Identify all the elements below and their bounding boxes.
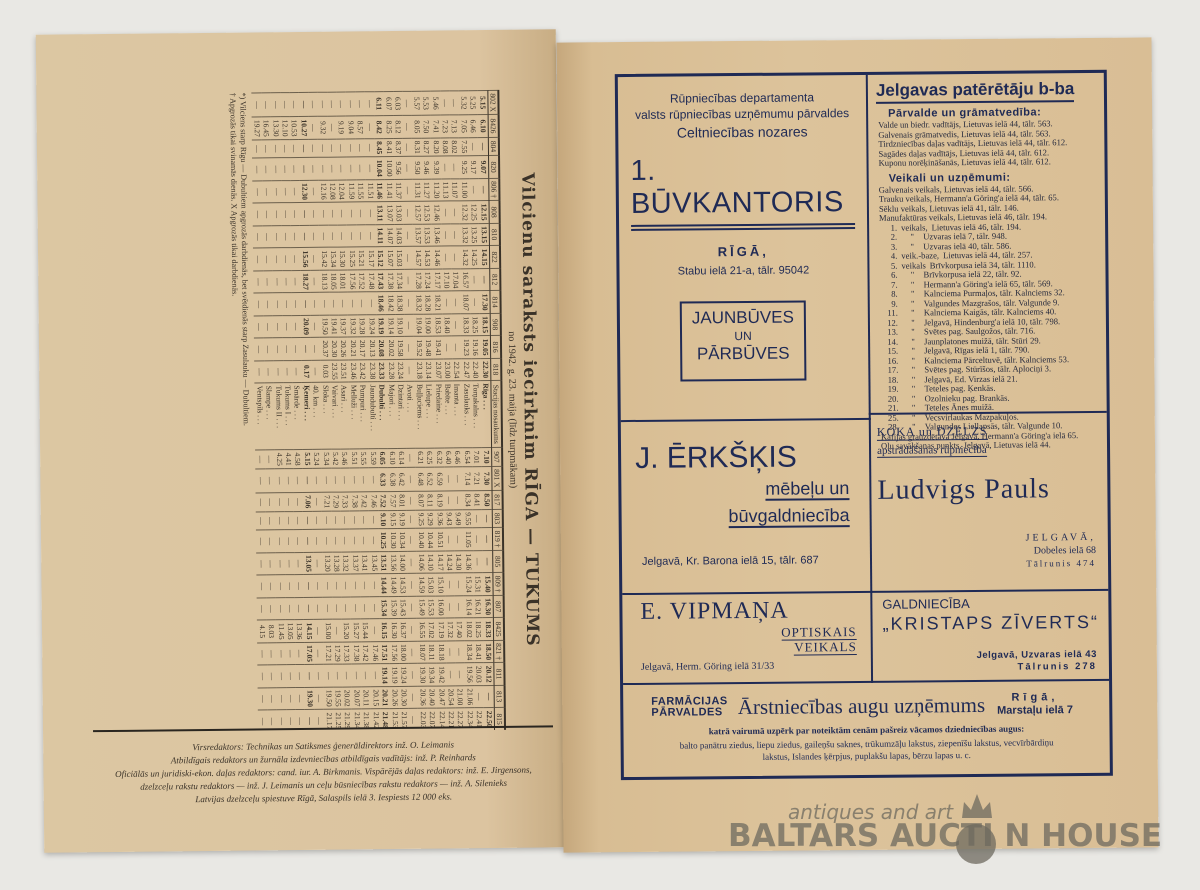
time-cell: — (482, 528, 492, 551)
train-number-header: 821 † (493, 640, 504, 663)
time-cell: 14.03 (394, 224, 404, 247)
train-number-header: 809 † (492, 573, 503, 596)
time-cell: — (292, 293, 302, 316)
time-cell: 9.10 (378, 510, 388, 529)
ad-jelgavas-pateretaju: Jelgavas patērētāju b-ba Pārvalde un grā… (866, 73, 1107, 415)
station-name: Dzintari . . . (396, 382, 406, 449)
time-cell: 18.33 (483, 618, 493, 641)
time-cell: — (328, 157, 338, 180)
time-cell: 7.38 (350, 492, 360, 511)
time-cell: — (295, 665, 305, 688)
time-cell: 10.00 (384, 157, 394, 180)
time-cell: 6.52 (425, 467, 435, 491)
time-cell: — (347, 202, 357, 225)
time-cell: — (403, 116, 413, 139)
time-cell: — (265, 493, 275, 512)
train-number-header: 805 (492, 550, 503, 573)
time-cell: — (452, 314, 462, 337)
right-page: Rūpniecības departamenta valsts rūpniecī… (556, 37, 1158, 852)
time-cell: 15.03 (426, 573, 436, 596)
time-cell: — (263, 293, 273, 316)
time-cell: 10.44 (426, 528, 436, 551)
time-cell: 9.25 (416, 510, 426, 529)
time-cell: 17.24 (423, 269, 433, 292)
time-cell: — (333, 619, 343, 642)
time-cell: 23.14 (424, 359, 434, 382)
time-cell: 13.28 (332, 552, 342, 575)
train-number-header: 802 X (487, 90, 498, 114)
time-cell: 9.56 (394, 157, 404, 180)
time-cell: — (258, 665, 268, 688)
time-cell: 20.30 (399, 686, 409, 709)
time-cell: — (469, 137, 479, 156)
time-cell: 18.21 (433, 291, 443, 314)
time-cell: — (332, 574, 342, 597)
time-cell: — (252, 93, 262, 117)
train-number-header: 819 † (492, 528, 503, 551)
time-cell: — (403, 157, 413, 180)
station-name: Ventspils . . . (255, 383, 265, 450)
box-line3: PĀRBŪVES (682, 342, 804, 365)
time-cell: 19.14 (380, 664, 390, 687)
time-cell: — (365, 157, 375, 180)
time-cell: — (441, 201, 451, 224)
time-cell: — (263, 271, 273, 294)
time-cell: — (275, 511, 285, 530)
time-cell: 10.51 (435, 528, 445, 551)
time-cell: 16.37 (398, 619, 408, 642)
time-cell: — (282, 293, 292, 316)
time-cell: 18.02 (464, 618, 474, 641)
time-cell: 17.19 (436, 618, 446, 641)
time-cell: 4.15 (257, 620, 267, 643)
time-cell: 17.34 (395, 269, 405, 292)
time-cell: — (478, 178, 488, 201)
jelgava-title: Jelgavas patērētāju b-ba (876, 79, 1075, 104)
time-cell: — (478, 137, 488, 156)
train-number-header: 811 (493, 663, 504, 686)
time-cell: — (350, 529, 360, 552)
time-cell: — (322, 468, 332, 492)
time-cell: — (292, 338, 302, 361)
time-cell: 7.14 (463, 467, 473, 491)
time-cell: — (406, 449, 416, 468)
time-cell: 11.46 (375, 179, 385, 202)
time-cell: 8.02 (450, 138, 460, 157)
time-cell: 17.33 (342, 642, 352, 665)
time-cell: — (286, 665, 296, 688)
train-number-header: 8426 (488, 115, 499, 138)
time-cell: 15.34 (379, 596, 389, 619)
time-cell: — (442, 246, 452, 269)
time-cell: 15.30 (338, 247, 348, 270)
buv-name: 1. BŪVKANTORIS (630, 153, 867, 221)
time-cell: 20.36 (418, 686, 428, 709)
time-cell: — (291, 225, 301, 248)
time-cell: 15.17 (366, 247, 376, 270)
time-cell: — (328, 225, 338, 248)
time-cell: 15.34 (329, 247, 339, 270)
time-cell: — (281, 158, 291, 181)
double-rule (631, 223, 855, 231)
time-cell: — (313, 575, 323, 598)
time-cell: — (408, 641, 418, 664)
train-number-header: 820 (488, 156, 499, 179)
time-cell: — (479, 268, 489, 291)
time-cell: — (484, 685, 494, 708)
time-cell: 18.27 (301, 270, 311, 293)
time-cell: — (342, 664, 352, 687)
ad-buvkantoris: Rūpniecības departamenta valsts rūpniecī… (618, 75, 871, 422)
time-cell: — (311, 338, 321, 361)
time-cell: — (360, 529, 370, 552)
time-cell: — (291, 203, 301, 226)
time-cell: 19.30 (418, 664, 428, 687)
time-cell: — (256, 493, 266, 512)
station-name: Tukums I . . . (283, 383, 293, 450)
time-cell: — (446, 641, 456, 664)
time-cell: 5.46 (340, 449, 350, 468)
time-cell: — (258, 643, 268, 666)
time-cell: 14.59 (417, 574, 427, 597)
time-cell: 5.57 (412, 91, 422, 115)
time-cell: 11.31 (413, 179, 423, 202)
station-name: Sloka . . . (321, 383, 331, 450)
time-cell: 6.54 (462, 448, 472, 467)
time-cell: 6.11 (374, 92, 384, 116)
time-cell: 19.41 (329, 315, 339, 338)
time-cell: — (341, 529, 351, 552)
time-cell: 5.59 (368, 449, 378, 468)
time-cell: — (280, 93, 290, 117)
time-cell: 7.01 (472, 448, 482, 467)
time-cell: 15.12 (376, 247, 386, 270)
time-cell: — (451, 291, 461, 314)
time-cell: 22.40 (471, 358, 481, 381)
time-cell: — (318, 139, 328, 158)
train-number-header: 806 † (488, 178, 499, 201)
time-cell: — (311, 360, 321, 383)
time-cell: 17.10 (442, 269, 452, 292)
time-cell: — (284, 468, 294, 492)
time-cell: 11.59 (347, 180, 357, 203)
time-cell: 11.00 (460, 179, 470, 202)
time-cell: — (404, 292, 414, 315)
time-cell: — (292, 315, 302, 338)
erkskis-line2-text: būvgaldniecība (728, 505, 849, 528)
time-cell: — (313, 552, 323, 575)
time-cell: 23.18 (414, 359, 424, 382)
time-cell: — (360, 510, 370, 529)
time-cell: 13.41 (360, 552, 370, 575)
time-cell: 6.14 (397, 449, 407, 468)
time-cell: 7.42 (359, 492, 369, 511)
time-cell: 14.57 (413, 247, 423, 270)
time-cell: 7.57 (388, 492, 398, 511)
time-cell: — (310, 225, 320, 248)
train-number-header: 812 (489, 268, 500, 291)
time-cell: 23.38 (367, 360, 377, 383)
time-cell: 20.02 (343, 687, 353, 710)
time-cell: 15.44 (361, 619, 371, 642)
time-cell: — (404, 224, 414, 247)
time-cell: 6.03 (393, 91, 403, 115)
station-name: Vaivari . . . (330, 382, 340, 449)
time-cell: — (405, 337, 415, 360)
time-cell: — (271, 93, 281, 117)
time-cell: 0.17 (302, 360, 312, 383)
time-cell: — (272, 181, 282, 204)
time-cell: — (452, 336, 462, 359)
time-cell: 12.25 (469, 201, 479, 224)
train-number-header: 810 (489, 223, 500, 246)
time-cell: 12.04 (337, 180, 347, 203)
time-cell: — (403, 179, 413, 202)
time-cell: — (252, 140, 262, 159)
time-cell: — (352, 664, 362, 687)
time-cell: 23.00 (443, 359, 453, 382)
time-cell: — (271, 139, 281, 158)
time-cell: 16.57 (461, 269, 471, 292)
time-cell: 13.51 (379, 551, 389, 574)
time-cell: — (264, 316, 274, 339)
timetable-title: Vilcienu saraksts iecirknim RĪGA — TUKUM… (516, 90, 543, 730)
time-cell: 12.32 (460, 201, 470, 224)
train-number-header: 822 (489, 246, 500, 269)
time-cell: — (355, 92, 365, 116)
time-cell: — (473, 509, 483, 528)
time-cell: — (318, 92, 328, 116)
time-cell: 19.28 (358, 315, 368, 338)
time-cell: — (262, 203, 272, 226)
station-name: Rīga . . . (481, 381, 492, 448)
station-name: Babīte . . . (443, 381, 453, 448)
ad-kristaps-ziverts: GALDNIECĪBA „KRISTAPS ZĪVERTS“ Jelgavā, … (870, 589, 1109, 683)
time-cell: — (328, 202, 338, 225)
time-cell: 0.03 (320, 360, 330, 383)
time-cell: 22.47 (462, 359, 472, 382)
time-cell: 20.54 (446, 686, 456, 709)
time-cell: 5.25 (468, 91, 478, 115)
time-cell: — (303, 530, 313, 553)
time-cell: 15.00 (323, 620, 333, 643)
time-cell: — (275, 469, 285, 493)
time-cell: — (408, 619, 418, 642)
time-cell: 20.17 (358, 337, 368, 360)
time-cell: — (405, 314, 415, 337)
time-cell: 14.46 (432, 246, 442, 269)
station-name: Melluži . . . (349, 382, 359, 449)
time-cell: — (266, 553, 276, 576)
time-cell: 17.38 (352, 642, 362, 665)
time-cell: 15.43 (398, 596, 408, 619)
train-number-header: 801 X (491, 466, 502, 490)
time-cell: — (336, 92, 346, 116)
time-cell: 22.30 (480, 358, 490, 381)
time-cell: — (356, 202, 366, 225)
time-cell: 12.16 (319, 180, 329, 203)
time-cell: 16.55 (417, 619, 427, 642)
time-cell: 23.28 (386, 359, 396, 382)
time-cell: 20.37 (320, 338, 330, 361)
erkskis-line1: mēbeļu un (621, 478, 849, 501)
time-cell: — (282, 248, 292, 271)
time-cell: 17.38 (385, 269, 395, 292)
time-cell: — (331, 468, 341, 492)
time-cell: — (294, 530, 304, 553)
time-cell: 5.51 (350, 449, 360, 468)
time-cell: — (272, 271, 282, 294)
time-cell: — (474, 685, 484, 708)
time-cell: — (482, 509, 492, 528)
time-cell: 13.07 (385, 202, 395, 225)
pauls-line2: apstrādāšanas rūpniecība (877, 444, 987, 458)
time-cell: 17.56 (389, 641, 399, 664)
time-cell: 9.32 (318, 116, 328, 139)
time-cell: — (337, 139, 347, 158)
time-cell: 21.00 (456, 686, 466, 709)
time-cell: — (284, 511, 294, 530)
time-cell: — (255, 361, 265, 384)
time-cell: 14.25 (470, 246, 480, 269)
time-cell: 11.37 (394, 179, 404, 202)
time-cell: — (446, 663, 456, 686)
time-cell: 15.24 (464, 573, 474, 596)
time-cell: — (303, 511, 313, 530)
station-name: Zasulauks . . . (462, 381, 472, 448)
time-cell: 10.04 (375, 157, 385, 180)
time-cell: 15.27 (351, 619, 361, 642)
admin-heading: Pārvalde un grāmatvedība: (888, 106, 1104, 120)
time-cell: — (284, 493, 294, 512)
time-cell: — (309, 203, 319, 226)
time-cell: — (405, 359, 415, 382)
time-cell: — (407, 551, 417, 574)
time-cell: 6.10 (387, 449, 397, 468)
time-cell: — (262, 140, 272, 159)
vipmana-line2: VEIKALS (794, 639, 857, 656)
time-cell: 14.49 (389, 574, 399, 597)
time-cell: — (328, 139, 338, 158)
time-cell: 8.12 (393, 116, 403, 139)
time-cell: 14.32 (460, 246, 470, 269)
time-cell: 8.31 (412, 138, 422, 157)
time-cell: — (310, 248, 320, 271)
time-cell: — (339, 292, 349, 315)
time-cell: 23.51 (339, 360, 349, 383)
time-cell: — (451, 224, 461, 247)
time-cell: — (257, 575, 267, 598)
time-cell: 8.42 (374, 116, 384, 139)
time-cell: 13.46 (432, 224, 442, 247)
time-cell: 13.56 (388, 551, 398, 574)
time-cell: 9.50 (412, 157, 422, 180)
time-cell: 8.05 (412, 115, 422, 138)
time-cell: — (308, 117, 318, 140)
time-cell: — (286, 642, 296, 665)
time-cell: 14.07 (385, 224, 395, 247)
time-cell: — (356, 139, 366, 158)
time-cell: — (340, 468, 350, 492)
time-cell: 17.28 (414, 269, 424, 292)
time-cell: — (332, 529, 342, 552)
farmacija-header: FARMĀCIJAS PĀRVALDES Ārstniecības augu u… (651, 691, 1109, 721)
time-cell: — (454, 528, 464, 551)
time-cell: 19.42 (436, 663, 446, 686)
time-cell: 8.19 (435, 491, 445, 510)
box-line1: JAUNBŪVES (682, 306, 804, 329)
time-cell: 11.41 (384, 179, 394, 202)
time-cell: 15.10 (436, 573, 446, 596)
time-cell: — (407, 529, 417, 552)
time-cell: 12.08 (328, 180, 338, 203)
train-number-header: 814 (490, 291, 501, 314)
time-cell: 20.30 (330, 337, 340, 360)
time-cell: 19.48 (424, 336, 434, 359)
time-cell: 19.19 (389, 664, 399, 687)
station-name: Dubulti . . . (377, 382, 387, 449)
time-cell: 17.05 (305, 642, 315, 665)
time-cell: — (469, 178, 479, 201)
time-cell: — (273, 293, 283, 316)
time-cell: 5.46 (430, 91, 440, 115)
time-cell: — (454, 491, 464, 510)
far-dept-line2: PĀRVALDES (651, 707, 728, 719)
time-cell: 19.34 (427, 663, 437, 686)
time-cell: 8.41 (472, 491, 482, 510)
time-cell: — (291, 270, 301, 293)
time-cell: 18.34 (464, 641, 474, 664)
time-cell: — (267, 665, 277, 688)
time-cell: 6.32 (434, 448, 444, 467)
time-cell: 23.46 (349, 360, 359, 383)
time-cell: — (256, 469, 266, 493)
time-cell: 15.03 (395, 247, 405, 270)
time-cell: — (283, 360, 293, 383)
time-cell: 13.37 (351, 552, 361, 575)
time-cell: — (254, 316, 264, 339)
train-number-header: 808 (489, 201, 500, 224)
time-cell: 11.27 (422, 179, 432, 202)
time-cell: 8.11 (425, 491, 435, 510)
time-cell: — (314, 642, 324, 665)
time-cell: 16.21 (473, 595, 483, 618)
time-cell: — (318, 158, 328, 181)
time-cell: — (408, 596, 418, 619)
time-cell: — (473, 550, 483, 573)
time-cell: 8.20 (431, 138, 441, 157)
time-cell: — (294, 493, 304, 512)
time-cell: — (309, 139, 319, 158)
time-cell: 14.11 (375, 224, 385, 247)
time-cell: 19.41 (433, 336, 443, 359)
time-cell: — (273, 316, 283, 339)
time-cell: 18.42 (386, 292, 396, 315)
train-number-header: 803 (492, 509, 503, 528)
station-name: Majori . . . (387, 382, 397, 449)
time-cell: — (347, 157, 357, 180)
time-cell: — (351, 574, 361, 597)
time-cell: — (310, 270, 320, 293)
time-cell: 17.29 (333, 642, 343, 665)
time-cell: — (301, 293, 311, 316)
time-cell: 9.19 (337, 116, 347, 139)
time-cell: — (258, 688, 268, 711)
time-cell: 11.45 (276, 620, 286, 643)
time-cell: 18.07 (461, 291, 471, 314)
train-number-header: 8425 (493, 618, 504, 641)
time-cell: 17.04 (451, 269, 461, 292)
